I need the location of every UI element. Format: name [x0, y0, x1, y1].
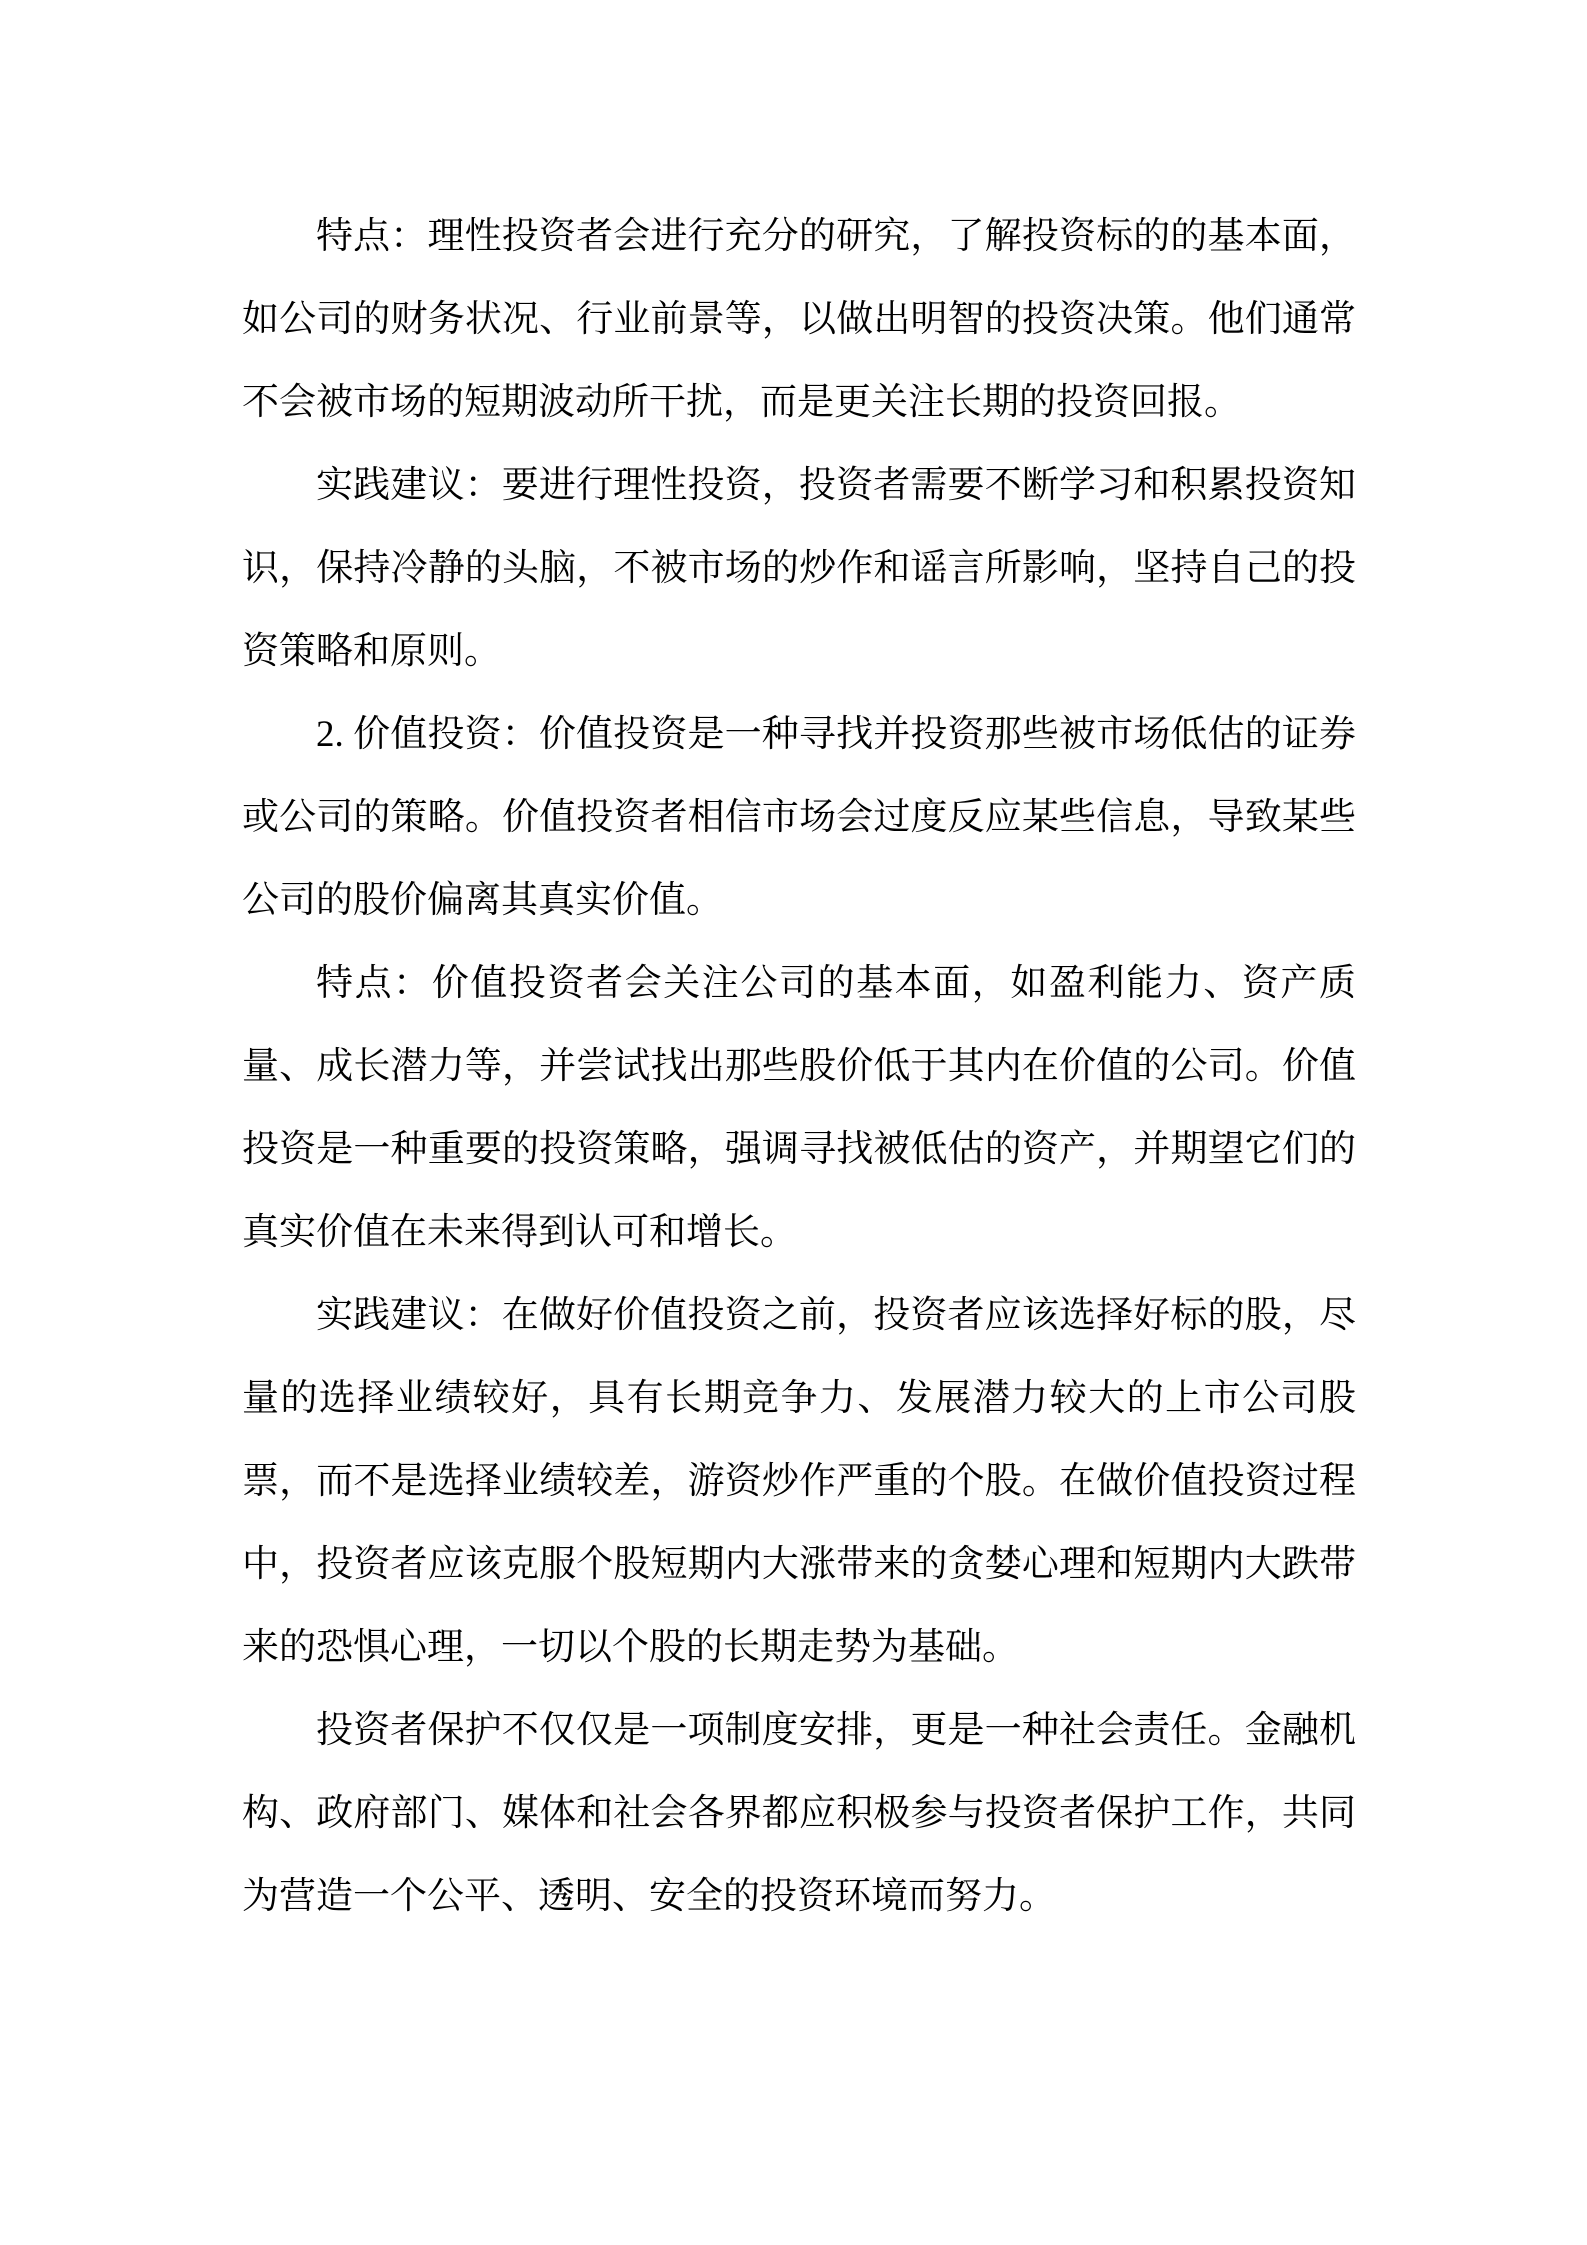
- paragraph-value-investing-traits: 特点：价值投资者会关注公司的基本面，如盈利能力、资产质量、成长潜力等，并尝试找出…: [242, 942, 1356, 1274]
- paragraph-rational-investing-advice: 实践建议：要进行理性投资，投资者需要不断学习和积累投资知识，保持冷静的头脑，不被…: [242, 444, 1356, 693]
- paragraph-rational-investing-traits: 特点：理性投资者会进行充分的研究，了解投资标的的基本面，如公司的财务状况、行业前…: [242, 195, 1356, 444]
- paragraph-value-investing-advice: 实践建议：在做好价值投资之前，投资者应该选择好标的股，尽量的选择业绩较好，具有长…: [242, 1274, 1356, 1689]
- paragraph-value-investing-definition: 2. 价值投资：价值投资是一种寻找并投资那些被市场低估的证券或公司的策略。价值投…: [242, 693, 1356, 942]
- paragraph-investor-protection: 投资者保护不仅仅是一项制度安排，更是一种社会责任。金融机构、政府部门、媒体和社会…: [242, 1689, 1356, 1938]
- document-page: 特点：理性投资者会进行充分的研究，了解投资标的的基本面，如公司的财务状况、行业前…: [0, 0, 1587, 2245]
- document-text-block: 特点：理性投资者会进行充分的研究，了解投资标的的基本面，如公司的财务状况、行业前…: [242, 195, 1356, 1938]
